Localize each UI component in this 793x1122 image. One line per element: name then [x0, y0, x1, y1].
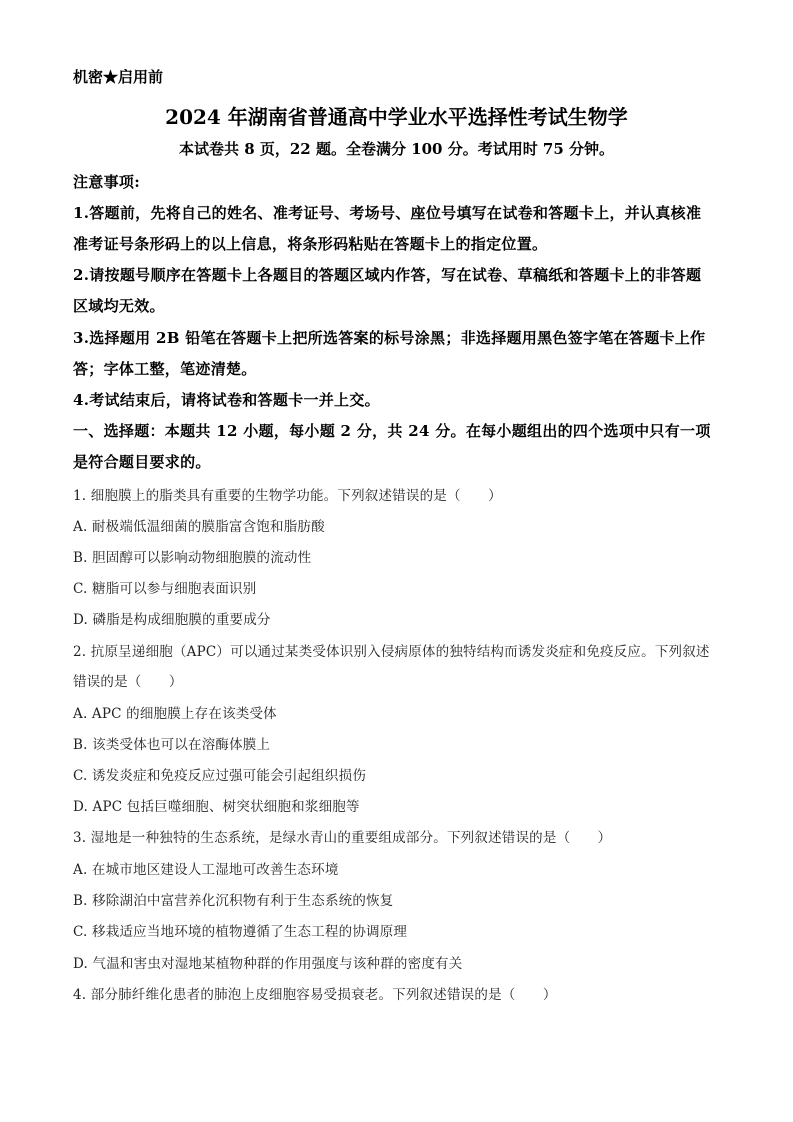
option-a: A. 耐极端低温细菌的膜脂富含饱和脂肪酸: [73, 515, 325, 535]
option-c: C. 糖脂可以参与细胞表面识别: [73, 577, 256, 597]
question-stem-cont: 错误的是（ ）: [73, 670, 183, 690]
note-line: 答；字体工整，笔迹清楚。: [73, 358, 257, 379]
option-d: D. 磷脂是构成细胞膜的重要成分: [73, 608, 271, 628]
option-d: D. APC 包括巨噬细胞、树突状细胞和浆细胞等: [73, 795, 360, 815]
exam-page: 机密★启用前 2024 年湖南省普通高中学业水平选择性考试生物学 本试卷共 8 …: [0, 0, 793, 1122]
question-stem: 1. 细胞膜上的脂类具有重要的生物学功能。下列叙述错误的是（ ）: [73, 484, 502, 504]
question-stem: 2. 抗原呈递细胞（APC）可以通过某类受体识别入侵病原体的独特结构而诱发炎症和…: [73, 640, 710, 660]
option-c: C. 诱发炎症和免疫反应过强可能会引起组织损伤: [73, 764, 366, 784]
section-heading-cont: 是符合题目要求的。: [73, 451, 211, 472]
confidential-label: 机密★启用前: [73, 66, 163, 87]
notes-heading: 注意事项:: [73, 171, 140, 192]
option-c: C. 移栽适应当地环境的植物遵循了生态工程的协调原理: [73, 920, 407, 940]
section-heading: 一、选择题：本题共 12 小题，每小题 2 分，共 24 分。在每小题组出的四个…: [73, 420, 711, 441]
note-line: 准考证号条形码上的以上信息，将条形码粘贴在答题卡上的指定位置。: [73, 233, 547, 254]
question-stem: 4. 部分肺纤维化患者的肺泡上皮细胞容易受损衰老。下列叙述错误的是（ ）: [73, 983, 557, 1003]
option-b: B. 胆固醇可以影响动物细胞膜的流动性: [73, 546, 311, 566]
exam-subtitle: 本试卷共 8 页，22 题。全卷满分 100 分。考试用时 75 分钟。: [0, 138, 793, 159]
option-a: A. 在城市地区建设人工湿地可改善生态环境: [73, 858, 339, 878]
option-b: B. 移除湖泊中富营养化沉积物有利于生态系统的恢复: [73, 889, 394, 909]
note-line: 1.答题前，先将自己的姓名、准考证号、考场号、座位号填写在试卷和答题卡上，并认真…: [73, 202, 701, 223]
option-d: D. 气温和害虫对湿地某植物种群的作用强度与该种群的密度有关: [73, 952, 462, 972]
note-line: 区域均无效。: [73, 295, 165, 316]
note-line: 3.选择题用 2B 铅笔在答题卡上把所选答案的标号涂黑；非选择题用黑色签字笔在答…: [73, 327, 705, 348]
option-b: B. 该类受体也可以在溶酶体膜上: [73, 733, 270, 753]
note-line: 2.请按题号顺序在答题卡上各题目的答题区域内作答，写在试卷、草稿纸和答题卡上的非…: [73, 264, 701, 285]
option-a: A. APC 的细胞膜上存在该类受体: [73, 702, 277, 722]
question-stem: 3. 湿地是一种独特的生态系统，是绿水青山的重要组成部分。下列叙述错误的是（ ）: [73, 826, 611, 846]
note-line: 4.考试结束后，请将试卷和答题卡一并上交。: [73, 389, 380, 410]
exam-title: 2024 年湖南省普通高中学业水平选择性考试生物学: [0, 101, 793, 130]
